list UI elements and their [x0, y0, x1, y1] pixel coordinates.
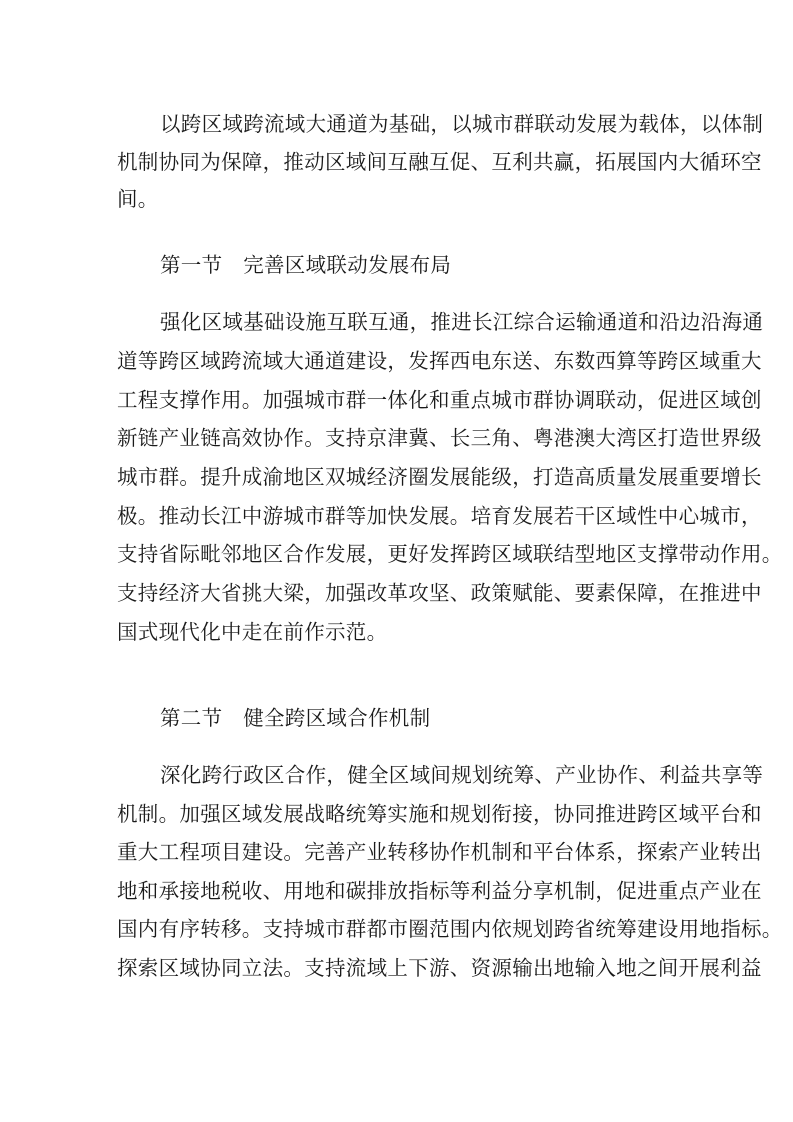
section2-paragraph-line: 探索区域协同立法。支持流域上下游、资源输出地输入地之间开展利益	[117, 955, 677, 981]
section1-paragraph-line: 支持经济大省挑大梁，加强改革攻坚、政策赋能、要素保障，在推进中	[117, 580, 677, 606]
section2-paragraph-line: 深化跨行政区合作，健全区域间规划统筹、产业协作、利益共享等	[160, 762, 720, 788]
intro-paragraph-line: 间。	[117, 186, 677, 212]
section-heading-1: 第一节 完善区域联动发展布局	[160, 252, 720, 278]
intro-paragraph-line: 机制协同为保障，推动区域间互融互促、互利共赢，拓展国内大循环空	[117, 149, 677, 175]
section1-paragraph-line: 工程支撑作用。加强城市群一体化和重点城市群协调联动，促进区域创	[117, 387, 677, 413]
section1-paragraph-line: 道等跨区域跨流域大通道建设，发挥西电东送、东数西算等跨区域重大	[117, 348, 677, 374]
section2-paragraph-line: 国内有序转移。支持城市群都市圈范围内依规划跨省统筹建设用地指标。	[117, 916, 677, 942]
section2-paragraph-line: 机制。加强区域发展战略统筹实施和规划衔接，协同推进跨区域平台和	[117, 801, 677, 827]
section1-paragraph-line: 极。推动长江中游城市群等加快发展。培育发展若干区域性中心城市，	[117, 503, 677, 529]
document-page: 以跨区域跨流域大通道为基础，以城市群联动发展为载体，以体制 机制协同为保障，推动…	[0, 0, 793, 1122]
section1-paragraph-line: 强化区域基础设施互联互通，推进长江综合运输通道和沿边沿海通	[160, 309, 720, 335]
section2-paragraph-line: 重大工程项目建设。完善产业转移协作机制和平台体系，探索产业转出	[117, 839, 677, 865]
section1-paragraph-line: 新链产业链高效协作。支持京津冀、长三角、粤港澳大湾区打造世界级	[117, 425, 677, 451]
intro-paragraph-line: 以跨区域跨流域大通道为基础，以城市群联动发展为载体，以体制	[160, 111, 720, 137]
section1-paragraph-line: 国式现代化中走在前作示范。	[117, 619, 677, 645]
section1-paragraph-line: 城市群。提升成渝地区双城经济圈发展能级，打造高质量发展重要增长	[117, 464, 677, 490]
section2-paragraph-line: 地和承接地税收、用地和碳排放指标等利益分享机制，促进重点产业在	[117, 878, 677, 904]
section1-paragraph-line: 支持省际毗邻地区合作发展，更好发挥跨区域联结型地区支撑带动作用。	[117, 541, 677, 567]
section-heading-2: 第二节 健全跨区域合作机制	[160, 705, 720, 731]
